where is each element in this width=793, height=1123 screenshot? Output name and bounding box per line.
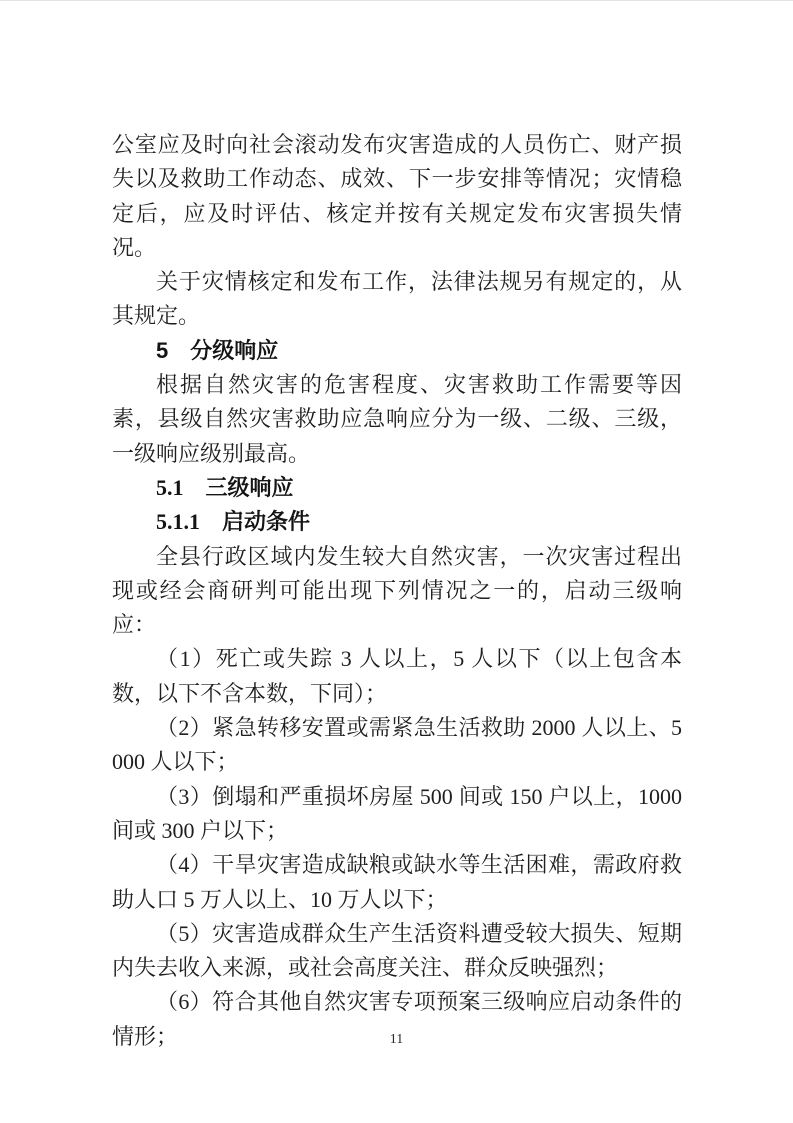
paragraph-grading-intro: 根据自然灾害的危害程度、灾害救助工作需要等因素，县级自然灾害救助应急响应分为一级… bbox=[112, 368, 682, 471]
condition-item-1: （1）死亡或失踪 3 人以上，5 人以下（以上包含本数，以下不含本数，下同）； bbox=[112, 642, 682, 711]
condition-item-4: （4）干旱灾害造成缺粮或缺水等生活困难，需政府救助人口 5 万人以上、10 万人… bbox=[112, 848, 682, 917]
document-page: 公室应及时向社会滚动发布灾害造成的人员伤亡、财产损失以及救助工作动态、成效、下一… bbox=[0, 0, 793, 1123]
condition-item-3: （3）倒塌和严重损坏房屋 500 间或 150 户以上，1000 间或 300 … bbox=[112, 780, 682, 849]
heading-section-5-1-1: 5.1.1 启动条件 bbox=[112, 505, 682, 539]
heading-section-5-1: 5.1 三级响应 bbox=[112, 471, 682, 505]
page-number: 11 bbox=[0, 1031, 793, 1049]
heading-section-5: 5 分级响应 bbox=[112, 334, 682, 368]
condition-item-5: （5）灾害造成群众生产生活资料遭受较大损失、短期内失去收入来源，或社会高度关注、… bbox=[112, 917, 682, 986]
paragraph-trigger-intro: 全县行政区域内发生较大自然灾害，一次灾害过程出现或经会商研判可能出现下列情况之一… bbox=[112, 540, 682, 643]
document-content: 公室应及时向社会滚动发布灾害造成的人员伤亡、财产损失以及救助工作动态、成效、下一… bbox=[112, 128, 682, 1054]
paragraph-legal-provision: 关于灾情核定和发布工作，法律法规另有规定的，从其规定。 bbox=[112, 265, 682, 334]
paragraph-disclosure-continuation: 公室应及时向社会滚动发布灾害造成的人员伤亡、财产损失以及救助工作动态、成效、下一… bbox=[112, 128, 682, 265]
condition-item-2: （2）紧急转移安置或需紧急生活救助 2000 人以上、5000 人以下； bbox=[112, 711, 682, 780]
